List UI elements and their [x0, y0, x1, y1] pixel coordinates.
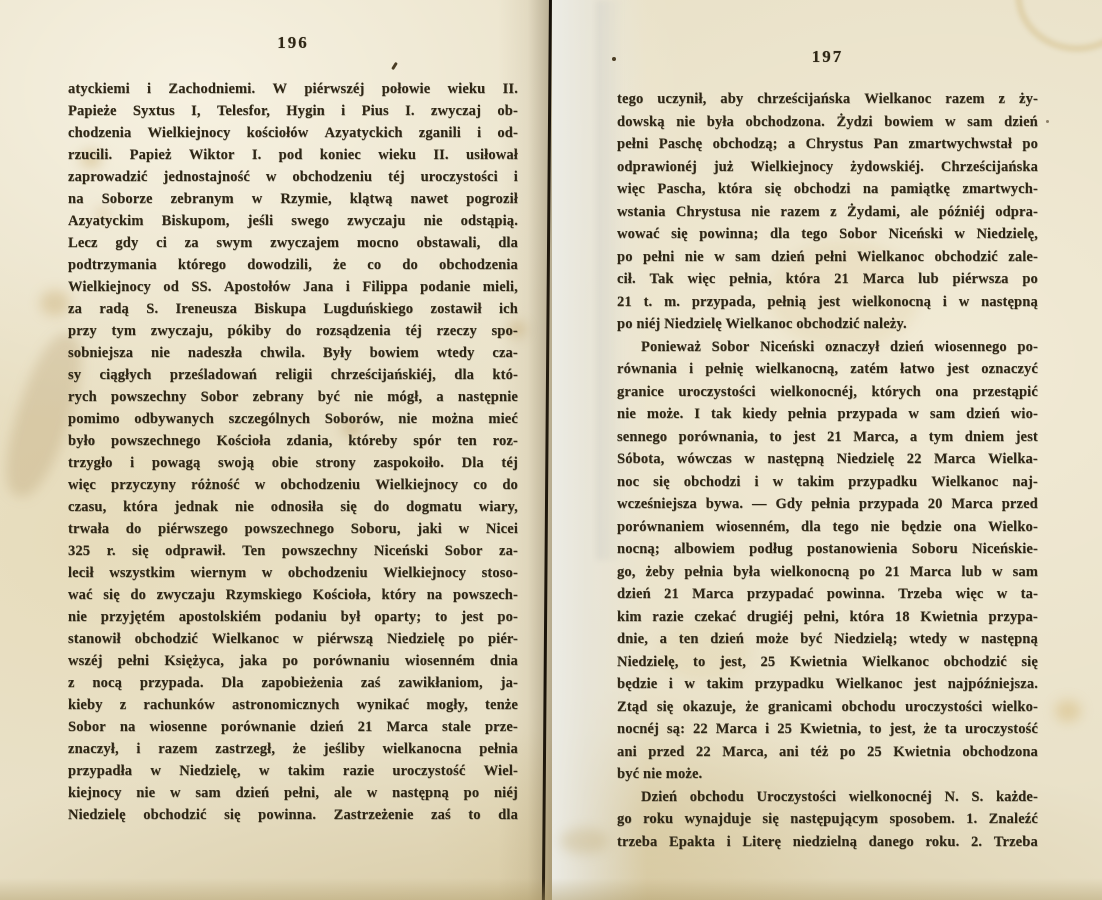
- text-line: równaniaipełnięwielkanocną,zatémłatwojes…: [617, 358, 1038, 381]
- text-line: dzień21Marcaprzypadaćpowinna.Trzebawięcw…: [617, 583, 1038, 606]
- text-line: po niéj Niedzielę Wielkanoc obchodzić na…: [617, 313, 1038, 336]
- text-line: podtrzymaniaktóregodowodzili,żecodoobcho…: [68, 254, 518, 276]
- text-line: nocsięobchodziiwtakimprzypadkuWielkanocn…: [617, 471, 1038, 494]
- text-line: przypadławNiedzielę,wtakimrazieuroczysto…: [68, 760, 518, 782]
- text-line: trzebaEpaktaiLiteręniedzielnądanegoroku.…: [617, 831, 1038, 854]
- text-line: rzucili.PapieżWiktorI.podkoniecwiekuII.u…: [68, 144, 518, 166]
- text-line: Niedzielę,tojest,25KwietniaWielkanocobch…: [617, 651, 1038, 674]
- text-line: kiebyzrachunkówastronomicznychwynikaćmog…: [68, 694, 518, 716]
- text-line: niemoże.Itakkiedypełniaprzypadawsamdzień…: [617, 403, 1038, 426]
- text-line: byłopowszechnegoKościołazdania,którebysp…: [68, 430, 518, 452]
- text-line: syciągłychprześladowańreligiichrześcijań…: [68, 364, 518, 386]
- text-line: DzieńobchoduUroczystościwielkonocnéjN.S.…: [617, 786, 1038, 809]
- text-line: PonieważSoborNiceńskioznaczyłdzieńwiosen…: [617, 336, 1038, 359]
- page-right: 197 tegouczynił,abychrześcijańskaWielkan…: [617, 46, 1038, 853]
- text-line: 325r.sięodprawił.TenpowszechnyNiceńskiSo…: [68, 540, 518, 562]
- text-line: dnie,atendzieńmożebyćNiedzielą;wtedywnas…: [617, 628, 1038, 651]
- text-line: 21t.m.przypada,pełniąjestwielkonocnąiwna…: [617, 291, 1038, 314]
- text-line: leciłwszystkimwiernymwobchodzeniuWielkie…: [68, 562, 518, 584]
- text-line: wowaćsiępowinna;dlategoSoborNiceńskiwNie…: [617, 223, 1038, 246]
- text-line: go,żebypełniabyławielkonocnąpo21Marcalub…: [617, 561, 1038, 584]
- page-right-text: tegouczynił,abychrześcijańskaWielkanocra…: [617, 88, 1038, 853]
- text-line: kimrazieczekaćdrugiéjpełni,która18Kwietn…: [617, 606, 1038, 629]
- text-line: trwaładopiérwszegopowszechnegoSoboru,jak…: [68, 518, 518, 540]
- book-scan: 196 atyckiemiiZachodniemi.Wpiérwszéjpoło…: [0, 0, 1102, 900]
- text-line: aniprzed22Marca,anitéżpo25Kwietniaobchod…: [617, 741, 1038, 764]
- text-line: więcPascha,którasięobchodzinapamiątkęzma…: [617, 178, 1038, 201]
- page-number-left: 196: [68, 32, 518, 54]
- text-line: atyckiemiiZachodniemi.Wpiérwszéjpołowiew…: [68, 78, 518, 100]
- paper-ring-stain: [1015, 0, 1102, 52]
- text-line: trzygłoipowagąswojąobiestronyzaspokoiło.…: [68, 452, 518, 474]
- text-line: wcześniejszabywa.—Gdypełniaprzypada20Mar…: [617, 493, 1038, 516]
- text-line: kiejnocyniewsamdzieńpełni,alewnastępnąpo…: [68, 782, 518, 804]
- text-line: będzieiwtakimprzypadkuWielkanocjestnajpó…: [617, 673, 1038, 696]
- text-line: stanowiłobchodzićWielkanocwpiérwsząNiedz…: [68, 628, 518, 650]
- text-line: Niedzielęobchodzićsiępowinna.Zastrzeżeni…: [68, 804, 518, 826]
- text-line: porównaniemwiosenném,dlategoniebędzieona…: [617, 516, 1038, 539]
- paper-stain: [1055, 700, 1081, 722]
- text-line: Leczgdycizaswymzwyczajemmocnoobstawali,d…: [68, 232, 518, 254]
- text-line: naSoborzezebranymwRzymie,klątwąnawetpogr…: [68, 188, 518, 210]
- text-line: nieprzyjętémapostolskiémpodaniubyłoparty…: [68, 606, 518, 628]
- scan-bottom-edge: [0, 878, 1102, 900]
- text-line: gorokuwynajdujesięnastępującymsposobem.1…: [617, 808, 1038, 831]
- text-line: popełniniewsamdzieńpełniWielkanocobchodz…: [617, 246, 1038, 269]
- text-line: wstaniaChrystusanierazemzŻydami,alepóźni…: [617, 201, 1038, 224]
- text-line: być nie może.: [617, 763, 1038, 786]
- text-line: więcprzyczynyróżnośćwobchodzeniuWielkiej…: [68, 474, 518, 496]
- text-line: wszéjpełniKsiężyca,jakapoporównaniuwiose…: [68, 650, 518, 672]
- text-line: przytymzwyczaju,pókibydorozsądzeniatéjrz…: [68, 320, 518, 342]
- text-line: nocną;albowiempodługpostanowieniaSoboruN…: [617, 538, 1038, 561]
- text-line: znocąprzypada.Dlazapobieżeniazaśzawikłan…: [68, 672, 518, 694]
- text-line: WielkiejnocyodSS.ApostołówJanaiFilippapo…: [68, 276, 518, 298]
- text-line: tegouczynił,abychrześcijańskaWielkanocra…: [617, 88, 1038, 111]
- text-line: Ztądsięokazuje,żegranicamiobchoduuroczys…: [617, 696, 1038, 719]
- text-line: sobniejszanienadeszłachwila.Byłybowiemwt…: [68, 342, 518, 364]
- text-line: nocnéjsą:22Marcai25Kwietnia,tojest,żetau…: [617, 718, 1038, 741]
- paper-stain: [40, 290, 70, 316]
- text-line: rychpowszechnySoborzebranybyćniemógł,ana…: [68, 386, 518, 408]
- text-line: zaprowadzićjednostajnośćwobchodzeniutéju…: [68, 166, 518, 188]
- text-line: cił.Takwięcpełnia,która21Marcalubpiérwsz…: [617, 268, 1038, 291]
- page-left-text: atyckiemiiZachodniemi.Wpiérwszéjpołowiew…: [68, 78, 518, 826]
- text-line: dowskąniebyłaobchodzona.Żydzibowiemwsamd…: [617, 111, 1038, 134]
- text-line: PapieżeSyxtusI,Telesfor,HyginiPiusI.zwyc…: [68, 100, 518, 122]
- text-line: czasu,którajednaknieodnosiłasiędodogmatu…: [68, 496, 518, 518]
- text-line: pomimoodbywanychszczególnychSoborów,niem…: [68, 408, 518, 430]
- text-line: Sóbota,wówczaswnastępnąNiedzielę22MarcaW…: [617, 448, 1038, 471]
- text-line: AzyatyckimBiskupom,jeśliswegozwyczajunie…: [68, 210, 518, 232]
- text-line: chodzeniaWielkiejnocykościołówAzyatyckic…: [68, 122, 518, 144]
- ink-speck: [1046, 120, 1049, 123]
- text-line: zaradąS.IreneuszaBiskupaLugduńskiegozost…: [68, 298, 518, 320]
- text-line: znaczył,irazemzastrzegł,żejeślibywielkan…: [68, 738, 518, 760]
- page-number-right: 197: [617, 46, 1038, 68]
- text-line: graniceuroczystościwielkonocnéj,którycho…: [617, 381, 1038, 404]
- text-line: sennegoporównania,tojest21Marca,atymdnie…: [617, 426, 1038, 449]
- text-line: Sobornawiosenneporównaniedzień21Marcasta…: [68, 716, 518, 738]
- text-line: pełniPaschęobchodzą;aChrystusPanzmartwyc…: [617, 133, 1038, 156]
- text-line: waćsiędozwyczajuRzymskiegoKościoła,który…: [68, 584, 518, 606]
- page-left: 196 atyckiemiiZachodniemi.Wpiérwszéjpoło…: [68, 32, 518, 826]
- text-line: odprawionéjjużWielkiejnocyżydowskiéj.Chr…: [617, 156, 1038, 179]
